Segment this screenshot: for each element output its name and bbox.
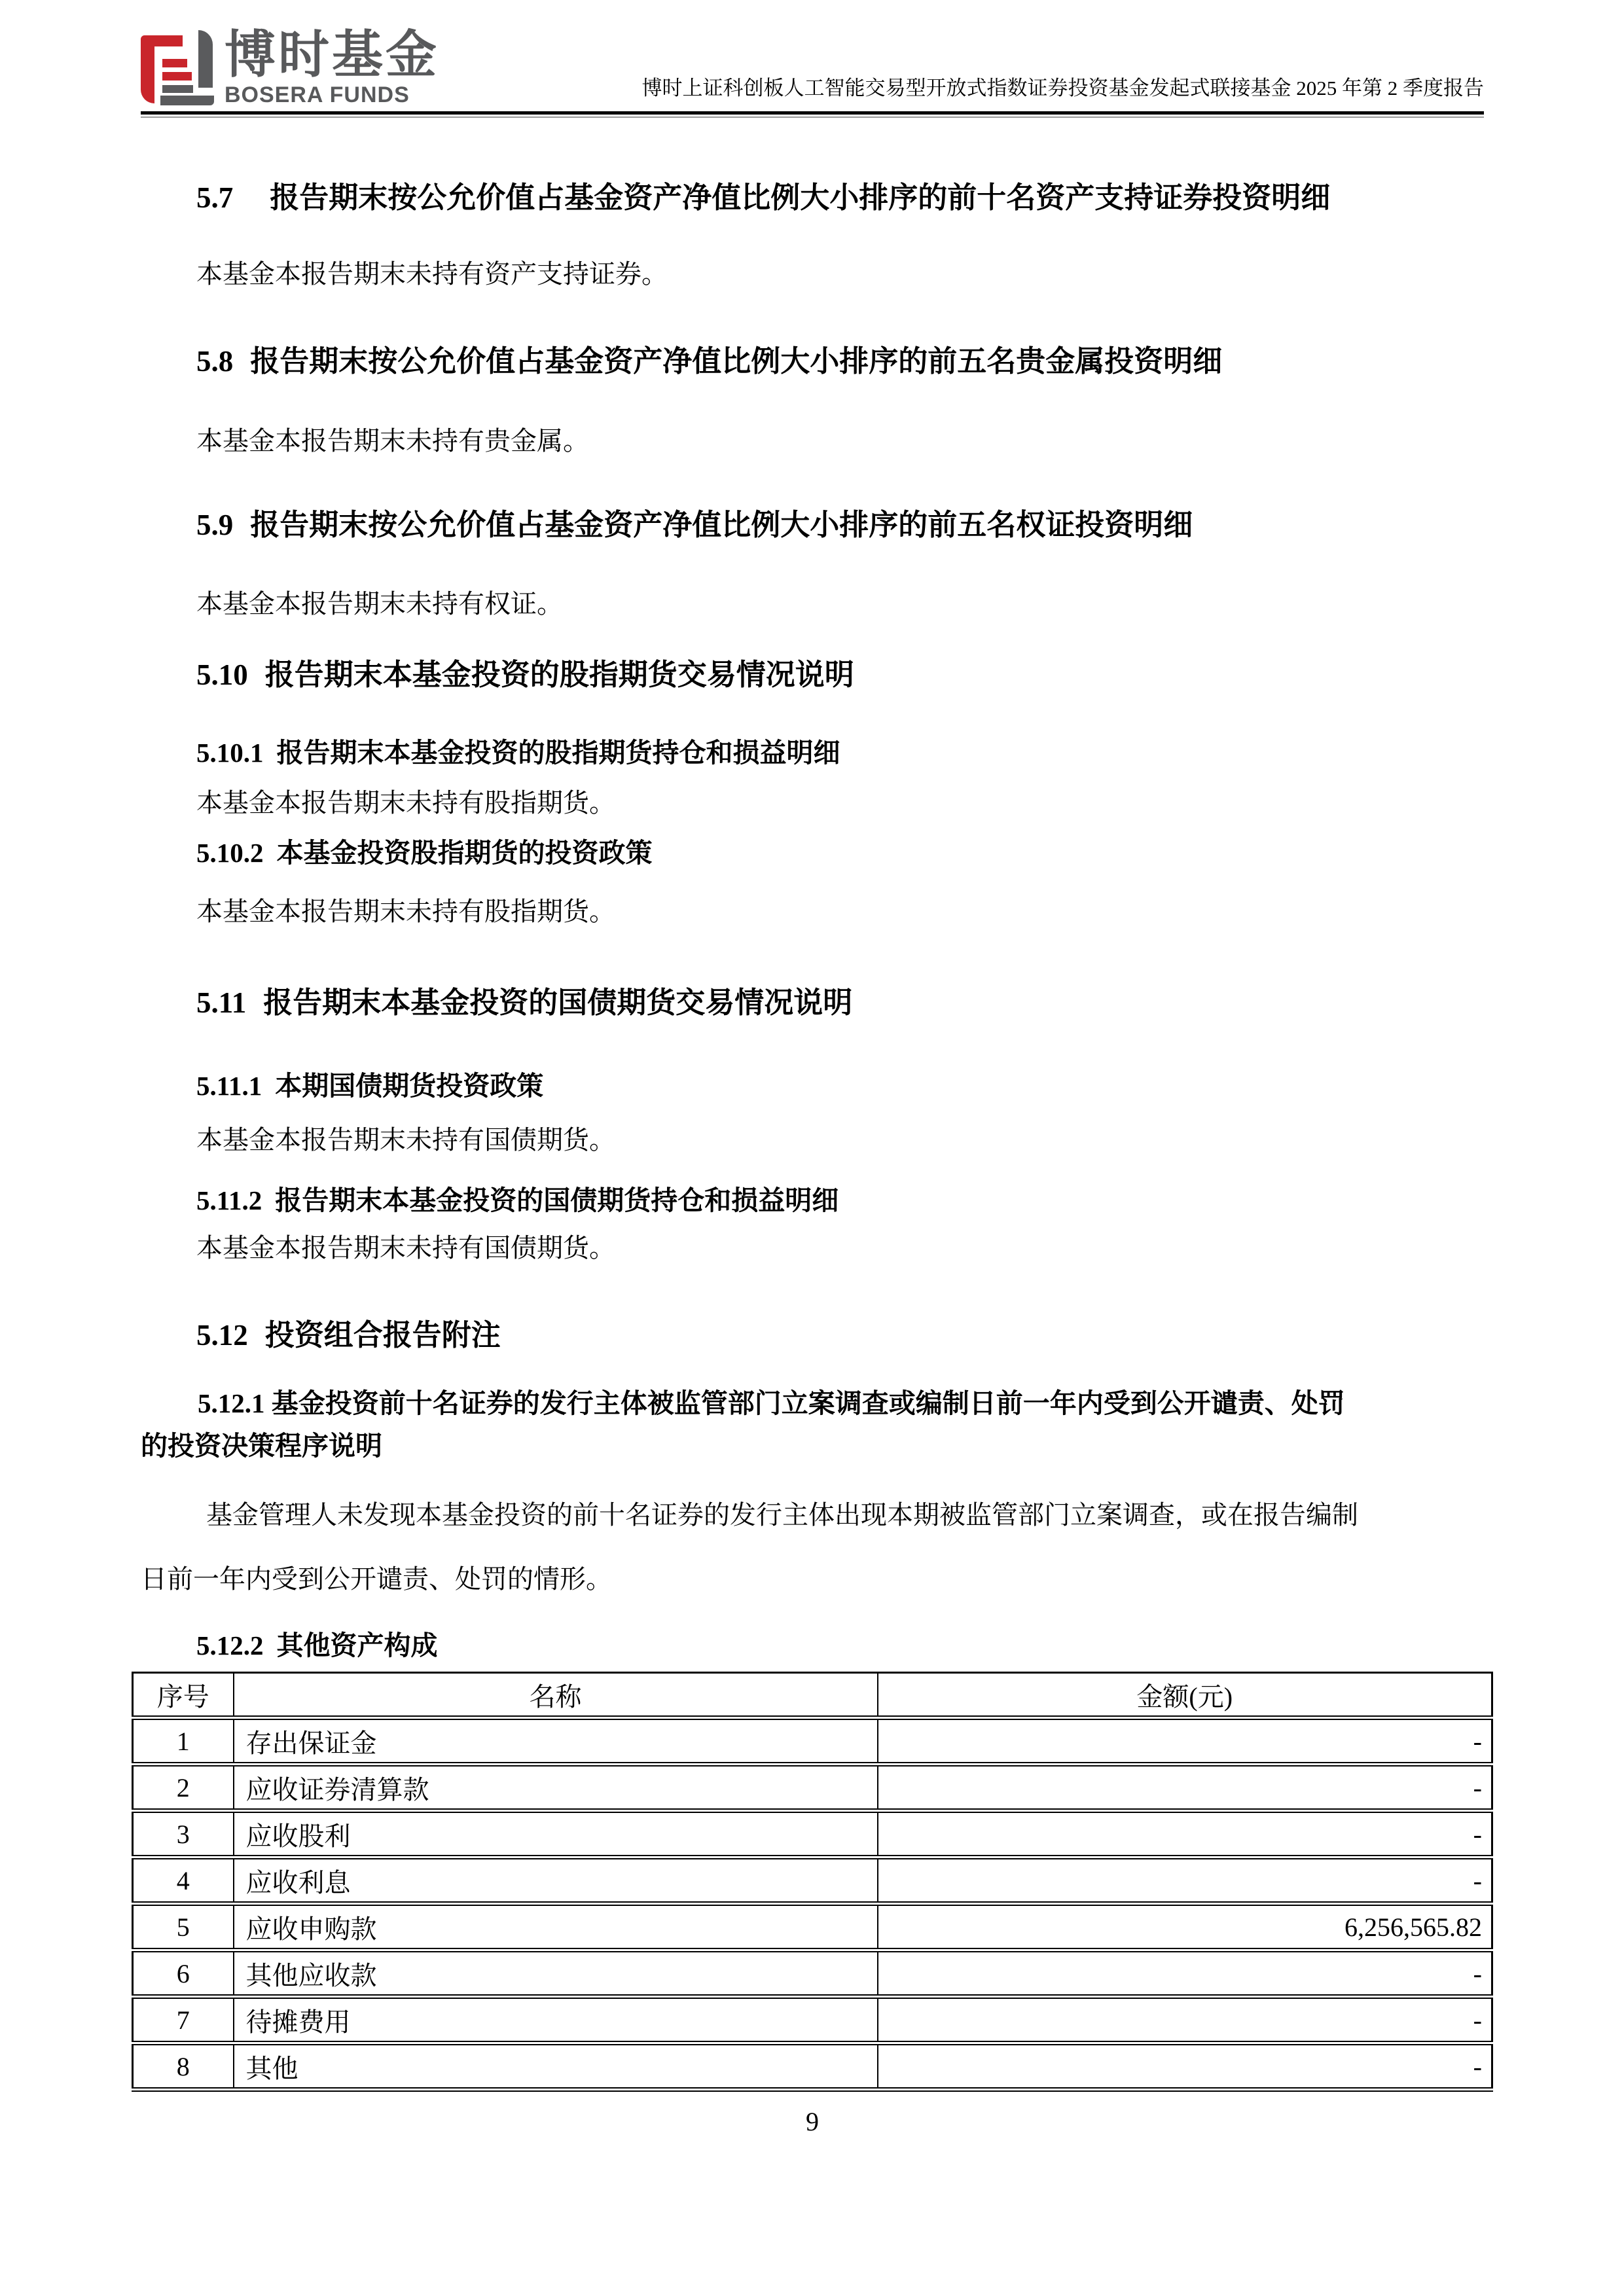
section-number: 5.12 xyxy=(196,1317,248,1354)
table-row: 4 应收利息 - xyxy=(133,1857,1492,1904)
table-header-row: 序号 名称 金额(元) xyxy=(133,1673,1492,1718)
header-rule-echo xyxy=(141,117,1484,118)
section-heading-5-12-2: 5.12.2其他资产构成 xyxy=(141,1629,1484,1662)
table-row: 7 待摊费用 - xyxy=(133,1997,1492,2043)
section-heading-5-8: 5.8报告期末按公允价值占基金资产净值比例大小排序的前五名贵金属投资明细 xyxy=(141,343,1484,380)
row-no: 6 xyxy=(133,1950,234,1997)
col-header-amount: 金额(元) xyxy=(878,1673,1492,1718)
row-no: 3 xyxy=(133,1811,234,1857)
section-body-5-8: 本基金本报告期末未持有贵金属。 xyxy=(141,425,1484,457)
row-amount: - xyxy=(878,1765,1492,1811)
row-name: 应收股利 xyxy=(234,1811,878,1857)
row-amount: - xyxy=(878,1718,1492,1765)
section-heading-5-12-1: 5.12.1 基金投资前十名证券的发行主体被监管部门立案调查或编制日前一年内受到… xyxy=(141,1387,1484,1463)
section-number: 5.7 xyxy=(196,179,233,216)
row-name: 其他应收款 xyxy=(234,1950,878,1997)
page-header: 博时基金 BOSERA FUNDS 博时上证科创板人工智能交易型开放式指数证券投… xyxy=(141,0,1484,106)
row-no: 2 xyxy=(133,1765,234,1811)
section-number: 5.9 xyxy=(196,507,233,543)
table-row: 3 应收股利 - xyxy=(133,1811,1492,1857)
section-title: 本期国债期货投资政策 xyxy=(275,1071,543,1101)
row-amount: 6,256,565.82 xyxy=(878,1904,1492,1950)
section-heading-5-10-1: 5.10.1报告期末本基金投资的股指期货持仓和损益明细 xyxy=(141,736,1484,770)
row-name: 待摊费用 xyxy=(234,1997,878,2043)
section-heading-5-10: 5.10报告期末本基金投资的股指期货交易情况说明 xyxy=(141,656,1484,693)
table-row: 5 应收申购款 6,256,565.82 xyxy=(133,1904,1492,1950)
report-page: 博时基金 BOSERA FUNDS 博时上证科创板人工智能交易型开放式指数证券投… xyxy=(0,0,1624,2296)
section-title: 报告期末按公允价值占基金资产净值比例大小排序的前十名资产支持证券投资明细 xyxy=(270,181,1330,214)
table-row: 8 其他 - xyxy=(133,2043,1492,2090)
section-title: 报告期末本基金投资的国债期货持仓和损益明细 xyxy=(275,1185,839,1215)
logo-shape-red-stripe-1 xyxy=(162,59,187,67)
table-row: 6 其他应收款 - xyxy=(133,1950,1492,1997)
other-assets-table: 序号 名称 金额(元) 1 存出保证金 - 2 应收证券清算款 - 3 应收股利… xyxy=(132,1672,1493,2092)
row-amount: - xyxy=(878,1857,1492,1904)
logo-shape-red-stripe-2 xyxy=(162,72,192,81)
heading-line-1: 5.12.1 基金投资前十名证券的发行主体被监管部门立案调查或编制日前一年内受到… xyxy=(141,1387,1484,1420)
section-body-5-10-1: 本基金本报告期末未持有股指期货。 xyxy=(141,787,1484,819)
row-amount: - xyxy=(878,2043,1492,2090)
logo-shape-gray-right xyxy=(198,30,213,88)
brand: 博时基金 BOSERA FUNDS xyxy=(141,29,439,106)
section-number: 5.10.2 xyxy=(196,836,264,870)
row-name: 其他 xyxy=(234,2043,878,2090)
section-body-5-10-2: 本基金本报告期末未持有股指期货。 xyxy=(141,895,1484,928)
page-content: 博时基金 BOSERA FUNDS 博时上证科创板人工智能交易型开放式指数证券投… xyxy=(141,0,1484,2137)
row-no: 7 xyxy=(133,1997,234,2043)
row-no: 1 xyxy=(133,1718,234,1765)
section-body-5-11-1: 本基金本报告期末未持有国债期货。 xyxy=(141,1124,1484,1157)
page-number: 9 xyxy=(141,2106,1484,2137)
section-title: 报告期末本基金投资的股指期货持仓和损益明细 xyxy=(277,738,840,768)
row-amount: - xyxy=(878,1997,1492,2043)
section-body-5-7: 本基金本报告期末未持有资产支持证券。 xyxy=(141,258,1484,291)
brand-name-en: BOSERA FUNDS xyxy=(225,84,439,106)
body-line-1: 基金管理人未发现本基金投资的前十名证券的发行主体出现本期被监管部门立案调查，或在… xyxy=(141,1499,1484,1531)
row-no: 5 xyxy=(133,1904,234,1950)
section-number: 5.11.1 xyxy=(196,1069,262,1103)
section-number: 5.8 xyxy=(196,343,233,380)
row-no: 4 xyxy=(133,1857,234,1904)
section-body-5-9: 本基金本报告期末未持有权证。 xyxy=(141,588,1484,620)
section-heading-5-7: 5.7报告期末按公允价值占基金资产净值比例大小排序的前十名资产支持证券投资明细 xyxy=(141,179,1484,216)
heading-line-2: 的投资决策程序说明 xyxy=(141,1429,1484,1463)
section-title: 报告期末按公允价值占基金资产净值比例大小排序的前五名权证投资明细 xyxy=(250,509,1193,541)
section-title: 报告期末按公允价值占基金资产净值比例大小排序的前五名贵金属投资明细 xyxy=(250,345,1222,378)
section-number: 5.11 xyxy=(196,984,246,1021)
header-rule xyxy=(141,111,1484,115)
section-body-5-11-2: 本基金本报告期末未持有国债期货。 xyxy=(141,1232,1484,1265)
section-number: 5.10 xyxy=(196,656,248,693)
logo-shape-red-left xyxy=(141,35,154,103)
row-amount: - xyxy=(878,1950,1492,1997)
row-name: 应收利息 xyxy=(234,1857,878,1904)
row-name: 存出保证金 xyxy=(234,1718,878,1765)
section-number: 5.10.1 xyxy=(196,736,264,770)
logo-shape-gray-bottom xyxy=(160,96,214,105)
section-heading-5-11: 5.11报告期末本基金投资的国债期货交易情况说明 xyxy=(141,984,1484,1021)
section-heading-5-11-1: 5.11.1本期国债期货投资政策 xyxy=(141,1069,1484,1103)
section-heading-5-11-2: 5.11.2报告期末本基金投资的国债期货持仓和损益明细 xyxy=(141,1184,1484,1217)
section-body-5-12-1: 基金管理人未发现本基金投资的前十名证券的发行主体出现本期被监管部门立案调查，或在… xyxy=(141,1499,1484,1595)
section-title: 本基金投资股指期货的投资政策 xyxy=(277,838,653,868)
col-header-name: 名称 xyxy=(234,1673,878,1718)
section-title: 报告期末本基金投资的股指期货交易情况说明 xyxy=(265,658,854,691)
section-heading-5-9: 5.9报告期末按公允价值占基金资产净值比例大小排序的前五名权证投资明细 xyxy=(141,507,1484,543)
section-number: 5.11.2 xyxy=(196,1184,262,1217)
col-header-no: 序号 xyxy=(133,1673,234,1718)
row-no: 8 xyxy=(133,2043,234,2090)
bosera-logo-icon xyxy=(141,30,214,106)
row-amount: - xyxy=(878,1811,1492,1857)
body-line-2: 日前一年内受到公开谴责、处罚的情形。 xyxy=(141,1564,1484,1595)
table-row: 1 存出保证金 - xyxy=(133,1718,1492,1765)
logo-shape-gray-stripe xyxy=(162,85,193,93)
document-title: 博时上证科创板人工智能交易型开放式指数证券投资基金发起式联接基金 2025 年第… xyxy=(642,71,1485,106)
section-heading-5-12: 5.12投资组合报告附注 xyxy=(141,1317,1484,1354)
section-title: 报告期末本基金投资的国债期货交易情况说明 xyxy=(263,986,852,1019)
section-title: 其他资产构成 xyxy=(277,1630,438,1660)
row-name: 应收证券清算款 xyxy=(234,1765,878,1811)
brand-text: 博时基金 BOSERA FUNDS xyxy=(225,29,439,106)
section-heading-5-10-2: 5.10.2本基金投资股指期货的投资政策 xyxy=(141,836,1484,870)
row-name: 应收申购款 xyxy=(234,1904,878,1950)
brand-name-cn: 博时基金 xyxy=(225,29,439,80)
section-title: 投资组合报告附注 xyxy=(265,1319,501,1352)
table-row: 2 应收证券清算款 - xyxy=(133,1765,1492,1811)
section-number: 5.12.2 xyxy=(196,1629,264,1662)
